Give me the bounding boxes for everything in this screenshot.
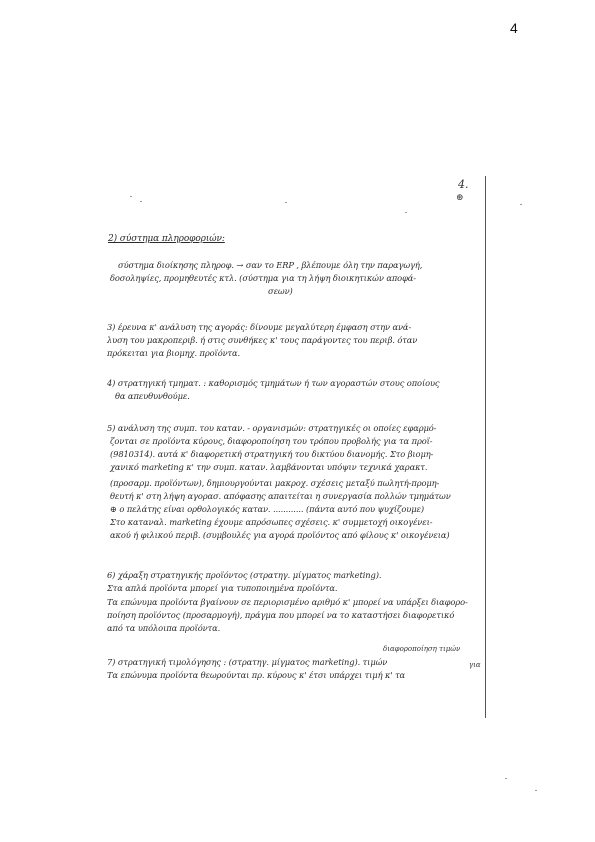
section-7-margin-note: για <box>469 661 481 669</box>
scan-speck <box>140 201 142 202</box>
section-2-line: σεων) <box>268 285 293 298</box>
section-5-line: 5) ανάλυση της συμπ. του καταν. - οργανι… <box>107 422 436 435</box>
section-6-line: Τα επώνυμα προϊόντα βγαίνουν σε περιορισ… <box>107 596 468 609</box>
section-6-line: από τα υπόλοιπα προϊόντα. <box>107 622 220 635</box>
section-3-line: 3) έρευνα κ' ανάλυση της αγοράς: δίνουμε… <box>107 321 411 334</box>
section-5-line: Στο καταναλ. marketing έχουμε απρόσωπες … <box>110 516 432 529</box>
section-2-heading: 2) σύστημα πληροφοριών: <box>108 233 225 246</box>
section-6-line: 6) χάραξη στρατηγικής προϊόντος (στρατηγ… <box>107 569 381 582</box>
section-5-line: θευτή κ' στη λήψη αγορασ. απόφασης απαιτ… <box>110 490 451 503</box>
corner-note: 4. <box>458 178 469 191</box>
section-6-line: ποίηση προϊόντος (προσαρμογή), πράγμα πο… <box>107 609 454 622</box>
section-7-line: Τα επώνυμα προϊόντα θεωρούνται πρ. κύρου… <box>107 669 405 682</box>
section-4-line: θα απευθυνθούμε. <box>115 390 190 403</box>
section-5-line: (προσαρμ. προϊόντων), δημιουργούνται μακ… <box>110 477 439 490</box>
section-4-line: 4) στρατηγική τμηματ. : καθορισμός τμημά… <box>107 377 439 390</box>
corner-mark-icon: ⊛ <box>456 193 464 203</box>
scan-speck <box>535 790 537 791</box>
scan-speck <box>505 778 507 779</box>
section-7-line: 7) στρατηγική τιμολόγησης : (στρατηγ. μί… <box>107 656 387 669</box>
margin-line <box>485 176 486 718</box>
page-number: 4 <box>510 20 518 36</box>
scan-speck <box>520 204 522 205</box>
section-2-line: δοσοληψίες, προμηθευτές κτλ. (σύστημα γι… <box>110 272 416 285</box>
scan-speck <box>285 202 287 203</box>
section-5-line: (9810314). αυτά κ' διαφορετική στρατηγικ… <box>110 448 433 461</box>
section-5-line: χανικό marketing κ' την συμπ. καταν. λαμ… <box>110 461 427 474</box>
scan-speck <box>130 196 132 197</box>
section-5-line: ζονται σε προϊόντα κύρους, διαφοροποίηση… <box>110 435 432 448</box>
section-2-line: σύστημα διοίκησης πληροφ. → σαν το ERP ,… <box>118 259 422 272</box>
section-5-line: ⊕ ο πελάτης είναι ορθολογικός καταν. ...… <box>110 503 424 516</box>
section-6-line: Στα απλά προϊόντα μπορεί για τυποποιημέν… <box>107 582 337 595</box>
section-5-line: ακού ή φιλικού περιβ. (συμβουλές για αγο… <box>110 529 449 542</box>
section-7-superscript-note: διαφοροποίηση τιμών <box>383 645 460 653</box>
section-3-line: πρόκειται για βιομηχ. προϊόντα. <box>107 347 240 360</box>
scan-speck <box>405 212 407 213</box>
section-3-line: λυση του μακροπεριβ. ή στις συνθήκες κ' … <box>107 334 417 347</box>
